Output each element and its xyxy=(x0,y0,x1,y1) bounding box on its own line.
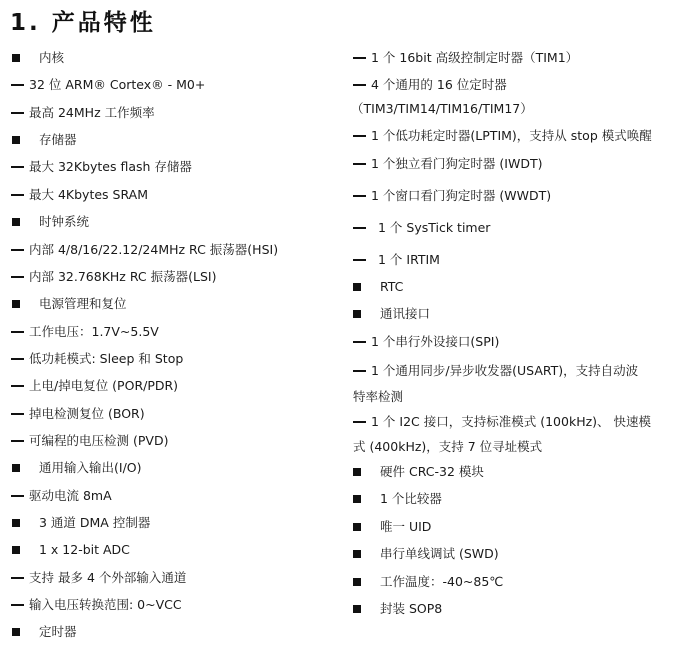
feature-item: 内部 32.768KHz RC 振荡器(LSI) xyxy=(0,269,216,285)
feature-text: 1 个 IRTIM xyxy=(378,252,440,268)
feature-item-continuation: 式 (400kHz)，支持 7 位寻址模式 xyxy=(344,439,542,455)
feature-category: 工作温度：-40~85℃ xyxy=(344,574,503,590)
feature-text: 内部 4/8/16/22.12/24MHz RC 振荡器(HSI) xyxy=(29,242,278,258)
feature-text: 内核 xyxy=(39,50,64,66)
feature-text: 最大 32Kbytes flash 存储器 xyxy=(29,159,192,175)
feature-text: 存储器 xyxy=(39,132,77,148)
feature-item: 最大 32Kbytes flash 存储器 xyxy=(0,159,192,175)
feature-item: 4 个通用的 16 位定时器 xyxy=(344,77,507,93)
dash-bullet-icon xyxy=(353,370,366,372)
section-title: 1. 产品特性 xyxy=(10,4,156,37)
square-bullet-icon xyxy=(353,495,361,503)
feature-item: 最大 4Kbytes SRAM xyxy=(0,187,148,203)
feature-item: 输入电压转换范围: 0~VCC xyxy=(0,597,182,613)
square-bullet-icon xyxy=(353,310,361,318)
feature-text: 串行单线调试 (SWD) xyxy=(380,546,499,562)
square-bullet-icon xyxy=(353,468,361,476)
dash-bullet-icon xyxy=(11,331,24,333)
square-bullet-icon xyxy=(12,54,20,62)
feature-item: 可编程的电压检测 (PVD) xyxy=(0,433,168,449)
feature-text: 电源管理和复位 xyxy=(39,296,127,312)
square-bullet-icon xyxy=(12,628,20,636)
dash-bullet-icon xyxy=(11,249,24,251)
feature-text: 32 位 ARM® Cortex® - M0+ xyxy=(29,77,205,93)
dash-bullet-icon xyxy=(11,84,24,86)
feature-category: RTC xyxy=(344,279,403,295)
dash-bullet-icon xyxy=(353,163,366,165)
feature-text: 通用输入输出(I/O) xyxy=(39,460,142,476)
feature-category: 3 通道 DMA 控制器 xyxy=(0,515,150,531)
feature-text: 3 通道 DMA 控制器 xyxy=(39,515,150,531)
feature-text: 支持 最多 4 个外部输入通道 xyxy=(29,570,186,586)
dash-bullet-icon xyxy=(353,195,366,197)
feature-text: 定时器 xyxy=(39,624,77,640)
feature-text: RTC xyxy=(380,279,403,295)
square-bullet-icon xyxy=(12,464,20,472)
feature-text: 1 个 SysTick timer xyxy=(378,220,490,236)
feature-category: 内核 xyxy=(0,50,64,66)
feature-item: 1 个串行外设接口(SPI) xyxy=(344,334,499,350)
feature-text: 1 个低功耗定时器(LPTIM)，支持从 stop 模式唤醒 xyxy=(371,128,652,144)
feature-text: 输入电压转换范围: 0~VCC xyxy=(29,597,182,613)
dash-bullet-icon xyxy=(11,194,24,196)
feature-text: 最大 4Kbytes SRAM xyxy=(29,187,148,203)
feature-category: 时钟系统 xyxy=(0,214,89,230)
feature-text: 式 (400kHz)，支持 7 位寻址模式 xyxy=(353,439,542,455)
feature-item: 掉电检测复位 (BOR) xyxy=(0,406,145,422)
feature-category: 封装 SOP8 xyxy=(344,601,442,617)
feature-item: 低功耗模式: Sleep 和 Stop xyxy=(0,351,183,367)
square-bullet-icon xyxy=(12,300,20,308)
feature-text: 1 个比较器 xyxy=(380,491,442,507)
feature-item: 1 个 16bit 高级控制定时器（TIM1） xyxy=(344,50,578,66)
feature-text: 内部 32.768KHz RC 振荡器(LSI) xyxy=(29,269,216,285)
feature-item: 上电/掉电复位 (POR/PDR) xyxy=(0,378,178,394)
feature-item: 1 个 IRTIM xyxy=(344,252,440,268)
feature-item: 工作电压：1.7V~5.5V xyxy=(0,324,159,340)
feature-category: 通讯接口 xyxy=(344,306,430,322)
feature-text: 可编程的电压检测 (PVD) xyxy=(29,433,168,449)
dash-bullet-icon xyxy=(353,227,366,229)
feature-text: 1 个串行外设接口(SPI) xyxy=(371,334,499,350)
feature-text: 1 个通用同步/异步收发器(USART)，支持自动波 xyxy=(371,363,638,379)
feature-text: 4 个通用的 16 位定时器 xyxy=(371,77,507,93)
feature-text: 掉电检测复位 (BOR) xyxy=(29,406,145,422)
feature-text: 1 x 12-bit ADC xyxy=(39,542,130,558)
feature-text: 1 个窗口看门狗定时器 (WWDT) xyxy=(371,188,551,204)
feature-item: 支持 最多 4 个外部输入通道 xyxy=(0,570,186,586)
feature-category: 电源管理和复位 xyxy=(0,296,127,312)
dash-bullet-icon xyxy=(353,341,366,343)
dash-bullet-icon xyxy=(11,495,24,497)
dash-bullet-icon xyxy=(11,358,24,360)
dash-bullet-icon xyxy=(11,385,24,387)
feature-item: 驱动电流 8mA xyxy=(0,488,112,504)
square-bullet-icon xyxy=(12,136,20,144)
feature-item: 1 个窗口看门狗定时器 (WWDT) xyxy=(344,188,551,204)
feature-text: 通讯接口 xyxy=(380,306,430,322)
dash-bullet-icon xyxy=(353,259,366,261)
feature-text: 工作电压：1.7V~5.5V xyxy=(29,324,159,340)
square-bullet-icon xyxy=(353,550,361,558)
feature-item: 1 个 I2C 接口，支持标准模式 (100kHz)、 快速模 xyxy=(344,414,651,430)
square-bullet-icon xyxy=(12,546,20,554)
square-bullet-icon xyxy=(353,283,361,291)
dash-bullet-icon xyxy=(11,166,24,168)
feature-item-continuation: （TIM3/TIM14/TIM16/TIM17） xyxy=(344,101,533,117)
dash-bullet-icon xyxy=(11,112,24,114)
feature-text: 工作温度：-40~85℃ xyxy=(380,574,503,590)
dash-bullet-icon xyxy=(353,84,366,86)
feature-text: 最高 24MHz 工作频率 xyxy=(29,105,155,121)
square-bullet-icon xyxy=(353,523,361,531)
feature-text: 特率检测 xyxy=(353,389,403,405)
feature-category: 串行单线调试 (SWD) xyxy=(344,546,499,562)
feature-text: 1 个 16bit 高级控制定时器（TIM1） xyxy=(371,50,578,66)
feature-text: 驱动电流 8mA xyxy=(29,488,112,504)
feature-item-continuation: 特率检测 xyxy=(344,389,403,405)
square-bullet-icon xyxy=(353,578,361,586)
feature-item: 1 个独立看门狗定时器 (IWDT) xyxy=(344,156,542,172)
square-bullet-icon xyxy=(353,605,361,613)
square-bullet-icon xyxy=(12,519,20,527)
feature-text: 封装 SOP8 xyxy=(380,601,442,617)
square-bullet-icon xyxy=(12,218,20,226)
feature-text: 唯一 UID xyxy=(380,519,431,535)
feature-item: 32 位 ARM® Cortex® - M0+ xyxy=(0,77,205,93)
feature-text: 低功耗模式: Sleep 和 Stop xyxy=(29,351,183,367)
dash-bullet-icon xyxy=(11,577,24,579)
feature-text: 1 个 I2C 接口，支持标准模式 (100kHz)、 快速模 xyxy=(371,414,651,430)
feature-category: 通用输入输出(I/O) xyxy=(0,460,142,476)
dash-bullet-icon xyxy=(11,604,24,606)
dash-bullet-icon xyxy=(353,421,366,423)
feature-category: 存储器 xyxy=(0,132,77,148)
feature-category: 硬件 CRC-32 模块 xyxy=(344,464,484,480)
dash-bullet-icon xyxy=(353,135,366,137)
dash-bullet-icon xyxy=(353,57,366,59)
feature-category: 1 x 12-bit ADC xyxy=(0,542,130,558)
feature-item: 1 个 SysTick timer xyxy=(344,220,490,236)
feature-text: 时钟系统 xyxy=(39,214,89,230)
feature-text: 上电/掉电复位 (POR/PDR) xyxy=(29,378,178,394)
feature-item: 内部 4/8/16/22.12/24MHz RC 振荡器(HSI) xyxy=(0,242,278,258)
dash-bullet-icon xyxy=(11,413,24,415)
feature-item: 1 个低功耗定时器(LPTIM)，支持从 stop 模式唤醒 xyxy=(344,128,652,144)
feature-item: 最高 24MHz 工作频率 xyxy=(0,105,155,121)
feature-category: 唯一 UID xyxy=(344,519,431,535)
feature-text: （TIM3/TIM14/TIM16/TIM17） xyxy=(351,101,533,117)
feature-text: 1 个独立看门狗定时器 (IWDT) xyxy=(371,156,542,172)
dash-bullet-icon xyxy=(11,276,24,278)
feature-category: 定时器 xyxy=(0,624,77,640)
feature-item: 1 个通用同步/异步收发器(USART)，支持自动波 xyxy=(344,363,638,379)
feature-category: 1 个比较器 xyxy=(344,491,442,507)
feature-text: 硬件 CRC-32 模块 xyxy=(380,464,484,480)
dash-bullet-icon xyxy=(11,440,24,442)
